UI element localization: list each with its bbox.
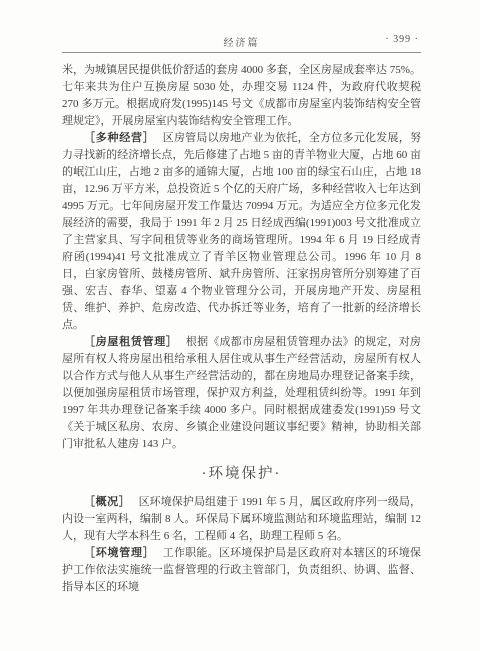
section-divider-environmental-protection: ·环境保护· [62, 466, 421, 483]
entry-environmental-management: ［环境管理］工作职能。区环境保护局是区政府对本辖区的环境保护工作依法实施统一监督… [62, 545, 421, 596]
entry-body-housing-rental-management: 根据《成都市房屋租赁管理办法》的规定，对房屋所有权人将房屋出租给承租人居住或从事… [62, 336, 421, 450]
entry-housing-rental-management: ［房屋租赁管理］根据《成都市房屋租赁管理办法》的规定，对房屋所有权人将房屋出租给… [62, 334, 421, 453]
entry-diversified-operations: ［多种经营］区房管局以房地产业为依托，全方位多元化发展，努力寻找新的经济增长点，… [62, 130, 421, 334]
running-head-section-title: 经济篇 [62, 34, 421, 49]
book-page: 经济篇 · 399 · 米，为城镇居民提供低价舒适的套房 4000 多套，全区房… [0, 0, 480, 651]
paragraph-housing-continuation: 米，为城镇居民提供低价舒适的套房 4000 多套，全区房屋成套率达 75%。七年… [62, 62, 421, 130]
entry-heading-environmental-management: ［环境管理］ [84, 547, 154, 559]
running-head: 经济篇 · 399 · [62, 0, 421, 53]
entry-overview: ［概况］区环境保护局组建于 1991 年 5 月，属区政府序列一级局，内设一室两… [62, 494, 421, 545]
body-text: 米，为城镇居民提供低价舒适的套房 4000 多套，全区房屋成套率达 75%。七年… [62, 62, 421, 596]
entry-body-diversified-operations: 区房管局以房地产业为依托，全方位多元化发展，努力寻找新的经济增长点，先后修建了占… [62, 132, 421, 331]
page-content: 经济篇 · 399 · 米，为城镇居民提供低价舒适的套房 4000 多套，全区房… [62, 0, 421, 596]
entry-heading-diversified-operations: ［多种经营］ [84, 132, 154, 144]
page-number: · 399 · [385, 34, 419, 45]
entry-heading-housing-rental-management: ［房屋租赁管理］ [84, 336, 178, 348]
entry-heading-overview: ［概况］ [84, 496, 130, 508]
